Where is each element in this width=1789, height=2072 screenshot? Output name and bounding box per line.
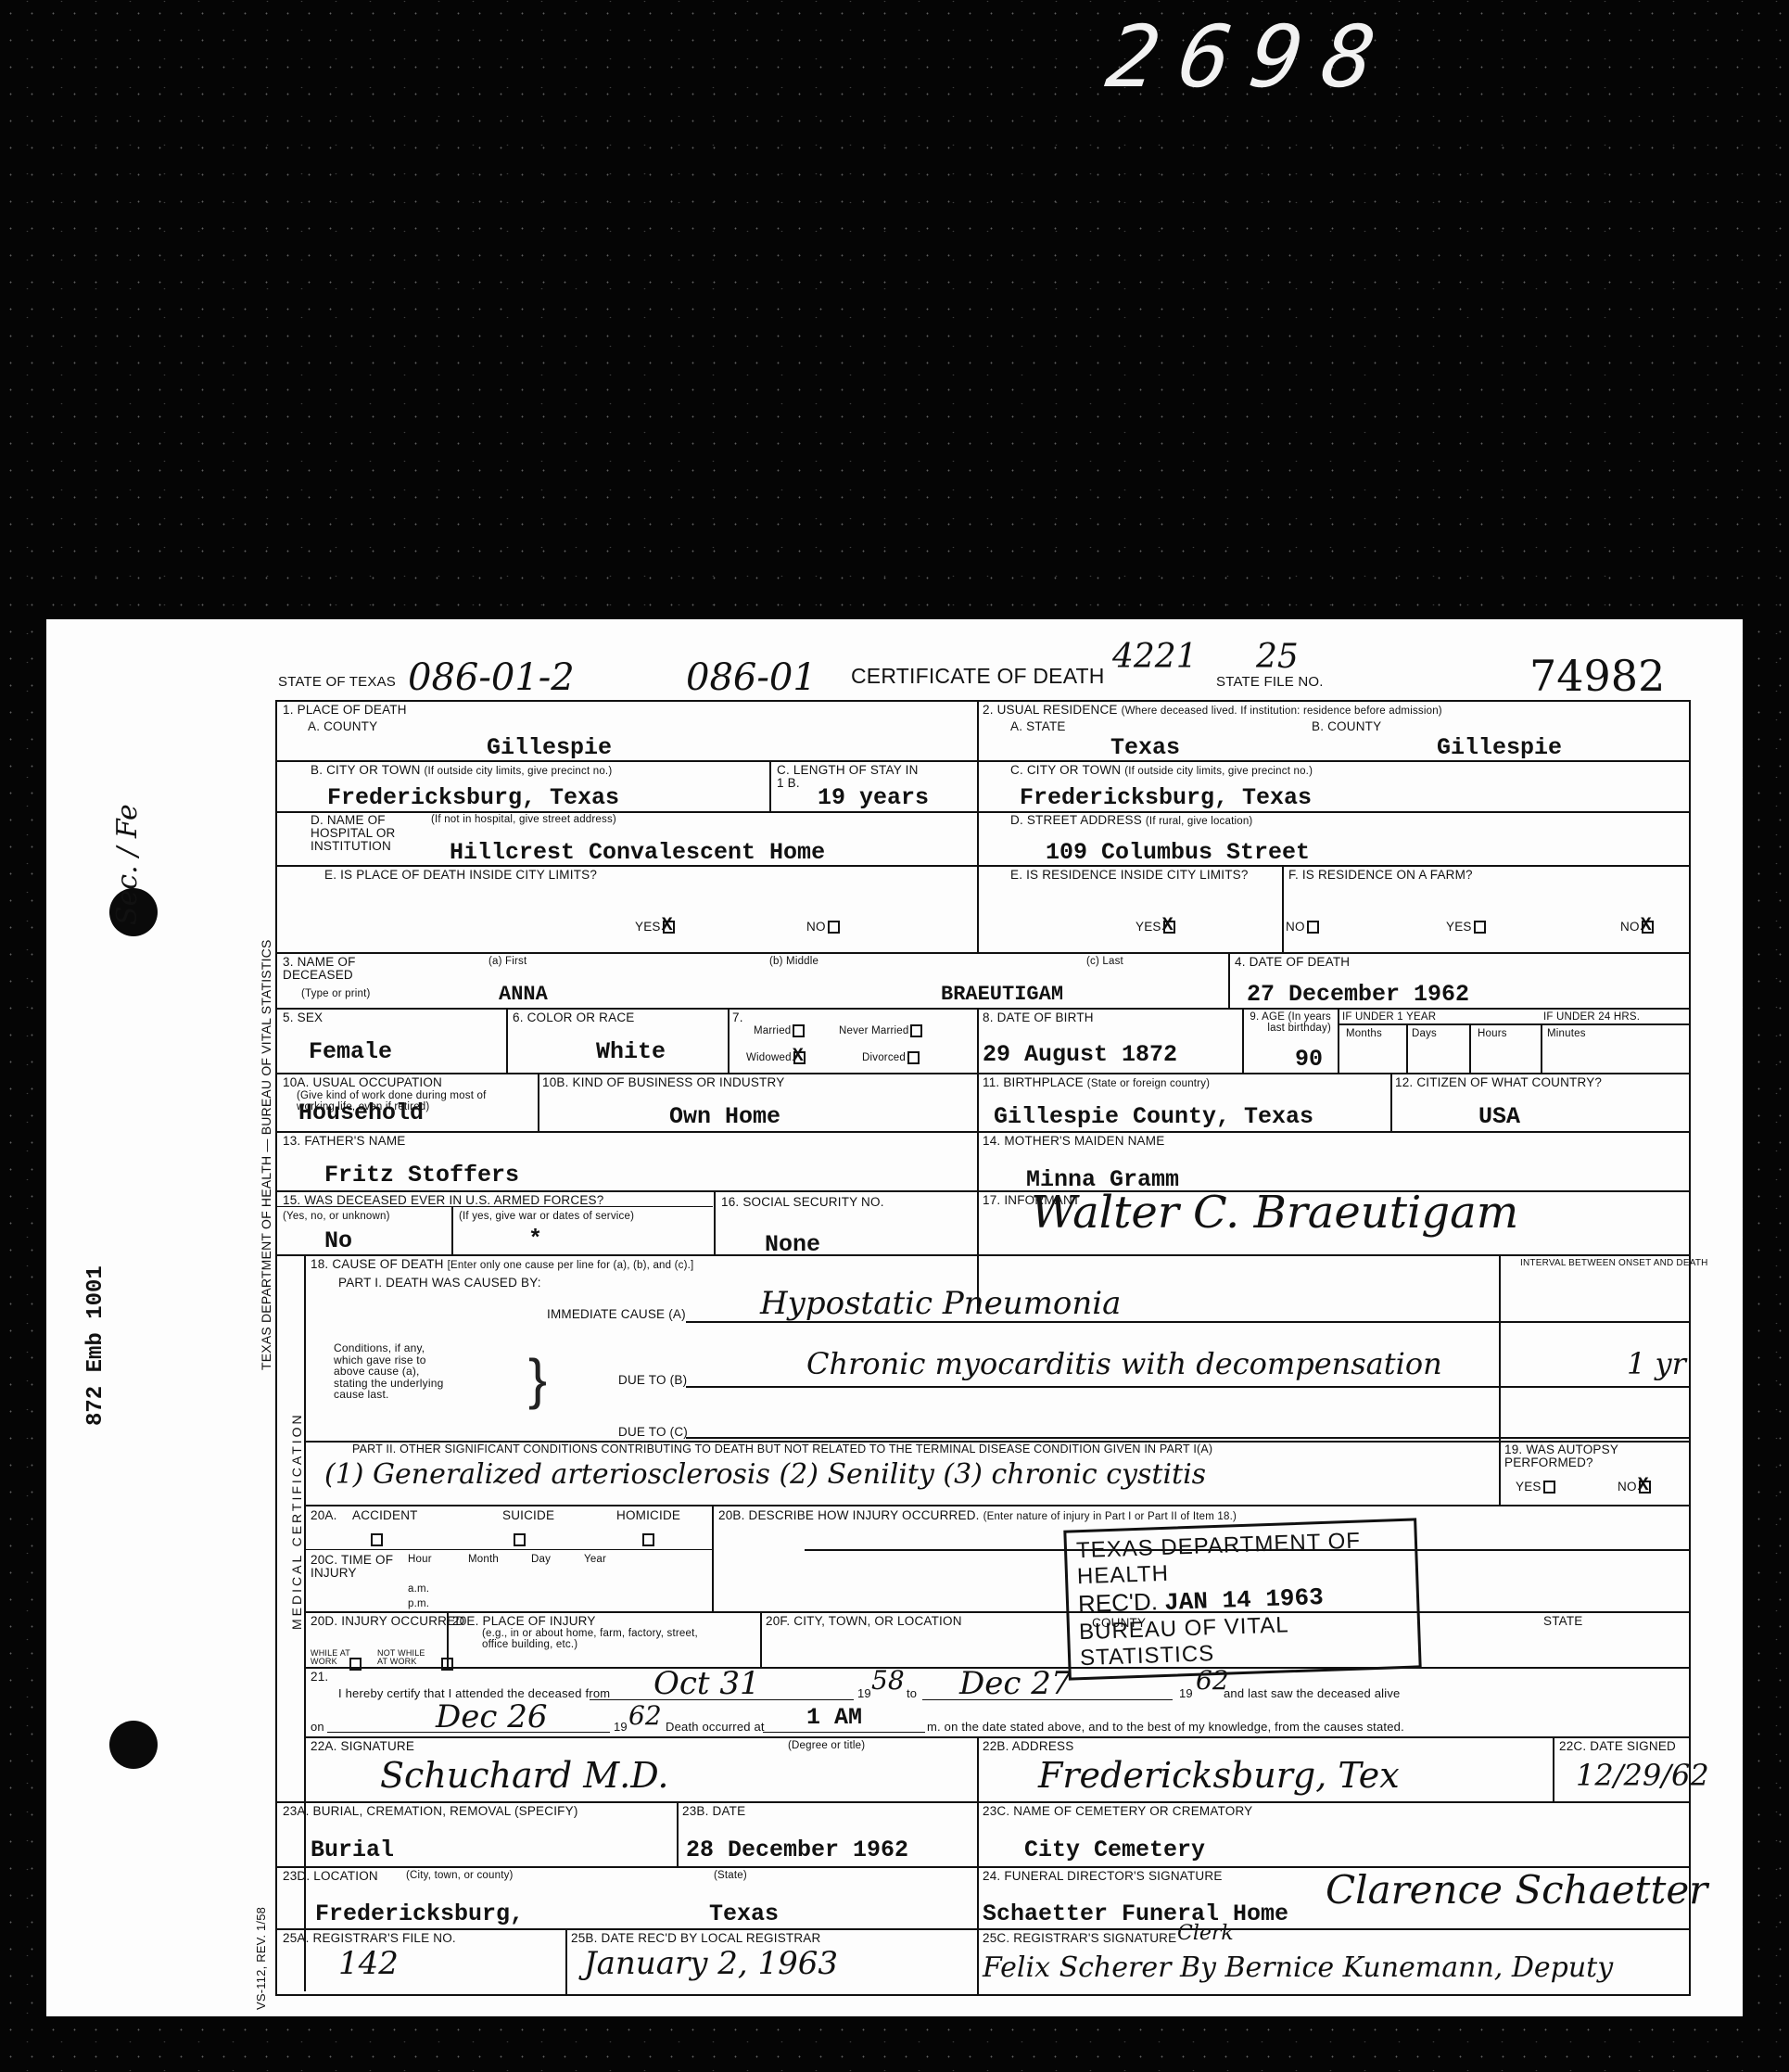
injury-city-label: 20f. CITY, TOWN, OR LOCATION <box>766 1615 962 1628</box>
autopsy-no: NO <box>1618 1481 1651 1494</box>
race-value: White <box>596 1038 666 1065</box>
farm-yes: YES <box>1446 921 1486 934</box>
department-side-label: TEXAS DEPARTMENT OF HEALTH — BUREAU OF V… <box>260 939 273 1370</box>
under-one-year-label: IF UNDER 1 YEAR <box>1342 1011 1436 1023</box>
brace-icon: } <box>528 1347 547 1411</box>
part-one-label: PART I. DEATH WAS CAUSED BY: <box>338 1277 541 1290</box>
certificate-page: 872 Emb 1001 Sec. / Fe TEXAS DEPARTMENT … <box>46 619 1743 2016</box>
service-hint: (If yes, give war or dates of service) <box>459 1211 634 1222</box>
death-inside-limits-yes: YES <box>635 921 675 934</box>
part-two-label: PART II. OTHER SIGNIFICANT CONDITIONS CO… <box>352 1443 1212 1455</box>
sex-value: Female <box>309 1038 392 1065</box>
date-of-death-value: 27 December 1962 <box>1247 981 1469 1008</box>
registrar-file-value: 142 <box>338 1945 399 1982</box>
informant-signature: Walter C. Braeutigam <box>1031 1187 1518 1239</box>
date-of-death-label: 4. DATE OF DEATH <box>1235 956 1350 969</box>
part-two-value: (1) Generalized arteriosclerosis (2) Sen… <box>324 1458 1206 1491</box>
form-revision-label: VS-112, REV. 1/58 <box>255 1907 268 2010</box>
year-prefix: 19 <box>1179 1687 1193 1700</box>
certification-item-label: 21. <box>311 1671 328 1684</box>
marital-label: 7. <box>732 1011 743 1024</box>
ssn-label: 16. SOCIAL SECURITY NO. <box>721 1196 884 1209</box>
street-label: d. STREET ADDRESS (If rural, give locati… <box>1010 814 1252 827</box>
handwritten-code-4: 25 <box>1256 638 1299 676</box>
residence-county-label: b. COUNTY <box>1312 720 1381 733</box>
last-name-value: BRAEUTIGAM <box>941 983 1063 1006</box>
death-city-value: Fredericksburg, Texas <box>327 784 619 811</box>
service-value: * <box>528 1226 542 1252</box>
residence-state-value: Texas <box>1110 734 1180 761</box>
degree-label: (Degree or title) <box>788 1740 865 1751</box>
death-time-value: 1 AM <box>806 1704 862 1731</box>
married-checkbox[interactable] <box>793 1024 805 1037</box>
length-of-stay-value: 19 years <box>818 784 929 811</box>
death-inside-limits-label: e. IS PLACE OF DEATH INSIDE CITY LIMITS? <box>324 869 597 882</box>
injury-place-label: 20e. PLACE OF INJURY <box>452 1615 596 1628</box>
injury-type-label: 20a. <box>311 1509 337 1522</box>
attended-from-year: 58 <box>871 1665 905 1696</box>
yes-checkbox[interactable] <box>1543 1481 1555 1494</box>
dob-value: 29 August 1872 <box>983 1041 1177 1068</box>
never-married-option: Never Married <box>839 1024 922 1037</box>
month-label: Month <box>468 1554 499 1565</box>
margin-typed-annotation: 872 Emb 1001 <box>83 1265 108 1426</box>
due-to-b-value: Chronic myocarditis with decompensation <box>806 1346 1442 1381</box>
autopsy-yes: YES <box>1516 1481 1555 1494</box>
residence-label: 2. USUAL RESIDENCE (Where deceased lived… <box>983 704 1442 717</box>
residence-city-label: c. CITY OR TOWN (If outside city limits,… <box>1010 764 1313 777</box>
cemetery-label: 23c. NAME OF CEMETERY OR CREMATORY <box>983 1805 1252 1818</box>
no-checkbox[interactable] <box>1639 1481 1651 1494</box>
farm-label: f. IS RESIDENCE ON A FARM? <box>1288 869 1473 882</box>
punch-hole-icon <box>109 1721 158 1769</box>
institution-hint: (If not in hospital, give street address… <box>431 814 616 825</box>
business-value: Own Home <box>669 1103 780 1130</box>
last-seen-date: Dec 26 <box>436 1698 548 1735</box>
handwritten-code-1: 086-01-2 <box>408 656 575 699</box>
while-at-work-option: WHILE AT WORK <box>311 1649 352 1667</box>
occupation-label: 10a. USUAL OCCUPATION <box>283 1076 442 1089</box>
attended-to-date: Dec 27 <box>959 1665 1072 1702</box>
physician-address-label: 22b. ADDRESS <box>983 1740 1073 1753</box>
institution-label: d. NAME OF HOSPITAL OR INSTITUTION <box>311 814 440 854</box>
first-name-label: (a) First <box>488 956 527 967</box>
attended-from-date: Oct 31 <box>653 1665 760 1702</box>
never-married-checkbox[interactable] <box>910 1024 922 1037</box>
days-label: Days <box>1412 1028 1437 1039</box>
funeral-director-signature: Clarence Schaetter <box>1326 1867 1707 1913</box>
county-label: a. COUNTY <box>308 720 377 733</box>
registrar-date-value: January 2, 1963 <box>584 1945 838 1982</box>
physician-address-value: Fredericksburg, Tex <box>1038 1755 1400 1796</box>
father-label: 13. FATHER'S NAME <box>283 1135 406 1148</box>
suicide-option: SUICIDE <box>502 1509 554 1546</box>
handwritten-code-3: 4221 <box>1112 638 1198 676</box>
death-inside-limits-no: NO <box>806 921 840 934</box>
immediate-cause-label: IMMEDIATE CAUSE (a) <box>547 1308 686 1321</box>
married-option: Married <box>754 1024 805 1037</box>
citizen-label: 12. CITIZEN OF WHAT COUNTRY? <box>1395 1076 1602 1089</box>
registrar-file-label: 25a. REGISTRAR'S FILE NO. <box>283 1932 456 1945</box>
location-city-hint: (City, town, or county) <box>406 1870 514 1881</box>
year-label: Year <box>584 1554 606 1565</box>
not-while-at-work-option: NOT WHILE AT WORK <box>377 1649 428 1667</box>
business-label: 10b. KIND OF BUSINESS OR INDUSTRY <box>542 1076 784 1089</box>
autopsy-label: 19. WAS AUTOPSY PERFORMED? <box>1504 1443 1685 1469</box>
father-value: Fritz Stoffers <box>324 1162 519 1189</box>
no-checkbox[interactable] <box>828 921 840 934</box>
armed-forces-hint: (Yes, no, or unknown) <box>283 1211 390 1222</box>
injury-occurred-label: 20d. INJURY OCCURRED <box>311 1615 464 1628</box>
city-label: b. CITY OR TOWN (If outside city limits,… <box>311 764 612 777</box>
age-label: 9. AGE (In years last birthday) <box>1248 1011 1331 1034</box>
state-file-label: STATE FILE NO. <box>1216 675 1324 690</box>
on-label: on <box>311 1721 324 1734</box>
state-of-texas-label: STATE OF TEXAS <box>278 675 396 690</box>
registrar-signature-value: Felix Scherer By Bernice Kunemann, Deput… <box>983 1951 1613 1984</box>
disposition-date-value: 28 December 1962 <box>686 1837 908 1863</box>
margin-handwriting: Sec. / Fe <box>111 804 144 925</box>
no-checkbox[interactable] <box>1307 921 1319 934</box>
registrar-signature-title: Clerk <box>1177 1922 1234 1945</box>
time-of-injury-label: 20c. TIME OF INJURY <box>311 1554 394 1580</box>
suicide-checkbox[interactable] <box>514 1533 526 1546</box>
yes-checkbox[interactable] <box>663 921 675 934</box>
injury-state-label: STATE <box>1543 1615 1583 1628</box>
pm-label: p.m. <box>408 1598 429 1609</box>
to-label: to <box>907 1687 917 1700</box>
first-name-value: ANNA <box>499 983 548 1006</box>
residence-county-value: Gillespie <box>1437 734 1562 761</box>
due-to-b-interval: 1 yr <box>1627 1346 1686 1381</box>
age-value: 90 <box>1295 1046 1323 1073</box>
received-stamp: TEXAS DEPARTMENT OF HEALTH REC'D. JAN 14… <box>1063 1518 1421 1680</box>
certificate-title: CERTIFICATE OF DEATH <box>851 665 1105 687</box>
armed-forces-value: No <box>324 1227 352 1254</box>
residence-state-label: a. STATE <box>1010 720 1066 733</box>
due-to-c-label: DUE TO (c) <box>618 1426 688 1439</box>
funeral-home-value: Schaetter Funeral Home <box>983 1900 1288 1927</box>
disposition-date-label: 23b. DATE <box>682 1805 745 1818</box>
frame-number: 2698 <box>1100 7 1402 107</box>
no-checkbox[interactable] <box>1642 921 1654 934</box>
funeral-director-label: 24. FUNERAL DIRECTOR'S SIGNATURE <box>983 1870 1223 1883</box>
homicide-checkbox[interactable] <box>642 1533 654 1546</box>
am-label: a.m. <box>408 1583 429 1595</box>
race-label: 6. COLOR OR RACE <box>513 1011 634 1024</box>
physician-signature: Schuchard M.D. <box>380 1755 668 1796</box>
location-city-value: Fredericksburg, <box>315 1900 524 1927</box>
registrar-date-label: 25b. DATE REC'D BY LOCAL REGISTRAR <box>571 1932 820 1945</box>
deceased-name-label: 3. NAME OF DECEASED <box>283 956 385 982</box>
handwritten-code-2: 086-01 <box>686 656 817 699</box>
signature-label: 22a. SIGNATURE <box>311 1740 414 1753</box>
disposition-method-label: 23a. BURIAL, CREMATION, REMOVAL (Specify… <box>283 1805 578 1818</box>
cause-label: 18. CAUSE OF DEATH [Enter only one cause… <box>311 1258 693 1271</box>
divorced-option: Divorced <box>862 1051 920 1064</box>
date-signed-label: 22c. DATE SIGNED <box>1559 1740 1676 1753</box>
residence-city-value: Fredericksburg, Texas <box>1020 784 1312 811</box>
residence-inside-no: NO <box>1286 921 1319 934</box>
minutes-label: Minutes <box>1547 1028 1586 1039</box>
injury-place-hint: (e.g., in or about home, farm, factory, … <box>482 1628 704 1650</box>
year-prefix: 19 <box>614 1721 628 1734</box>
day-label: Day <box>531 1554 551 1565</box>
immediate-cause-value: Hypostatic Pneumonia <box>760 1285 1121 1322</box>
birthplace-label: 11. BIRTHPLACE (State or foreign country… <box>983 1076 1210 1089</box>
occupation-value: Household <box>298 1100 424 1126</box>
death-county-value: Gillespie <box>487 734 612 761</box>
location-label: 23d. LOCATION <box>283 1870 378 1883</box>
sex-label: 5. SEX <box>283 1011 323 1024</box>
institution-value: Hillcrest Convalescent Home <box>450 839 825 866</box>
last-name-label: (c) Last <box>1086 956 1123 967</box>
birthplace-value: Gillespie County, Texas <box>994 1103 1313 1130</box>
deceased-name-hint: (Type or print) <box>301 988 371 999</box>
death-occurred-label: Death occurred at <box>666 1721 765 1734</box>
hours-label: Hours <box>1478 1028 1507 1039</box>
widowed-checkbox[interactable] <box>793 1051 806 1064</box>
under-24-hours-label: IF UNDER 24 HRS. <box>1543 1011 1640 1023</box>
injury-describe-label: 20b. DESCRIBE HOW INJURY OCCURRED. (Ente… <box>718 1509 1237 1522</box>
yes-checkbox[interactable] <box>1163 921 1175 934</box>
conditions-note: Conditions, if any, which gave rise to a… <box>334 1342 445 1401</box>
certification-text-3: m. on the date stated above, and to the … <box>927 1721 1404 1734</box>
months-label: Months <box>1346 1028 1382 1039</box>
state-file-number: 74982 <box>1529 651 1665 701</box>
certification-text-2: and last saw the deceased alive <box>1224 1687 1401 1700</box>
farm-no: NO <box>1620 921 1654 934</box>
last-seen-year: 62 <box>628 1700 662 1731</box>
date-signed-value: 12/29/62 <box>1576 1758 1709 1793</box>
dob-label: 8. DATE OF BIRTH <box>983 1011 1094 1024</box>
middle-name-label: (b) Middle <box>769 956 818 967</box>
hour-label: Hour <box>408 1554 432 1565</box>
widowed-option: Widowed <box>746 1051 806 1064</box>
interval-label: INTERVAL BETWEEN ONSET AND DEATH <box>1520 1259 1708 1269</box>
cemetery-value: City Cemetery <box>1024 1837 1205 1863</box>
due-to-b-label: DUE TO (b) <box>618 1374 687 1387</box>
accident-checkbox[interactable] <box>371 1533 383 1546</box>
yes-checkbox[interactable] <box>1474 921 1486 934</box>
disposition-method-value: Burial <box>311 1837 394 1863</box>
citizen-value: USA <box>1478 1103 1520 1130</box>
divorced-checkbox[interactable] <box>907 1051 920 1064</box>
year-prefix: 19 <box>857 1687 871 1700</box>
place-of-death-label: 1. PLACE OF DEATH <box>283 704 407 717</box>
registrar-signature-label: 25c. REGISTRAR'S SIGNATURE <box>983 1932 1176 1945</box>
location-state-value: Texas <box>709 1900 779 1927</box>
mother-label: 14. MOTHER'S MAIDEN NAME <box>983 1135 1164 1148</box>
street-value: 109 Columbus Street <box>1046 839 1310 866</box>
residence-inside-yes: YES <box>1136 921 1175 934</box>
location-state-hint: (State) <box>714 1870 747 1881</box>
residence-inside-limits-label: e. IS RESIDENCE INSIDE CITY LIMITS? <box>1010 869 1249 882</box>
accident-option: ACCIDENT <box>352 1509 418 1546</box>
homicide-option: HOMICIDE <box>616 1509 680 1546</box>
